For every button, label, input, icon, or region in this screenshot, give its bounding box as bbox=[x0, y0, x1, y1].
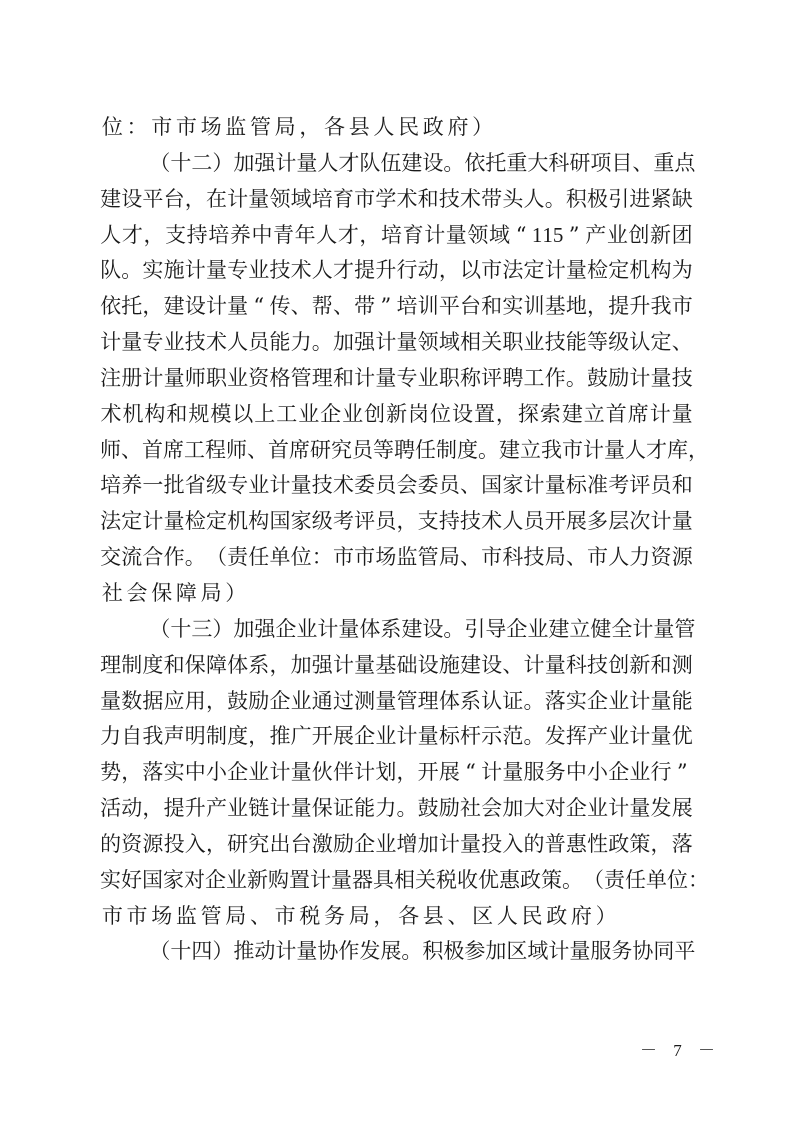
text-line: 师、首席工程师、首席研究员等聘任制度。建立我市计量人才库， bbox=[100, 433, 693, 469]
text-line: 活动，提升产业链计量保证能力。鼓励社会加大对企业计量发展 bbox=[100, 791, 693, 827]
text-line: 势，落实中小企业计量伙伴计划，开展“计量服务中小企业行” bbox=[100, 755, 693, 791]
text-line: 依托，建设计量“传、帮、带”培训平台和实训基地，提升我市 bbox=[100, 289, 693, 325]
text-line: （十四）推动计量协作发展。积极参加区域计量服务协同平 bbox=[100, 934, 693, 970]
text-line: （十二）加强计量人才队伍建设。依托重大科研项目、重点 bbox=[100, 146, 693, 182]
text-line: 社会保障局） bbox=[100, 576, 693, 612]
text-line: 计量专业技术人员能力。加强计量领域相关职业技能等级认定、 bbox=[100, 325, 693, 361]
text-line: 术机构和规模以上工业企业创新岗位设置，探索建立首席计量 bbox=[100, 397, 693, 433]
text-line: 市市场监管局、市税务局，各县、区人民政府） bbox=[100, 899, 693, 935]
page-number: － 7 － bbox=[640, 1036, 721, 1061]
text-line: 理制度和保障体系，加强计量基础设施建设、计量科技创新和测 bbox=[100, 648, 693, 684]
text-line: 法定计量检定机构国家级考评员，支持技术人员开展多层次计量 bbox=[100, 504, 693, 540]
text-line: 实好国家对企业新购置计量器具相关税收优惠政策。（责任单位： bbox=[100, 863, 693, 899]
text-line: 人才，支持培养中青年人才，培育计量领域“115”产业创新团 bbox=[100, 218, 693, 254]
text-line: 培养一批省级专业计量技术委员会委员、国家计量标准考评员和 bbox=[100, 468, 693, 504]
text-line: 交流合作。（责任单位：市市场监管局、市科技局、市人力资源 bbox=[100, 540, 693, 576]
text-line: （十三）加强企业计量体系建设。引导企业建立健全计量管 bbox=[100, 612, 693, 648]
text-line: 队。实施计量专业技术人才提升行动，以市法定计量检定机构为 bbox=[100, 253, 693, 289]
text-line: 位：市市场监管局，各县人民政府） bbox=[100, 110, 693, 146]
text-line: 力自我声明制度，推广开展企业计量标杆示范。发挥产业计量优 bbox=[100, 719, 693, 755]
document-page: 位：市市场监管局，各县人民政府）（十二）加强计量人才队伍建设。依托重大科研项目、… bbox=[100, 110, 693, 970]
text-line: 注册计量师职业资格管理和计量专业职称评聘工作。鼓励计量技 bbox=[100, 361, 693, 397]
text-line: 量数据应用，鼓励企业通过测量管理体系认证。落实企业计量能 bbox=[100, 684, 693, 720]
text-line: 建设平台，在计量领域培育市学术和技术带头人。积极引进紧缺 bbox=[100, 182, 693, 218]
text-line: 的资源投入，研究出台激励企业增加计量投入的普惠性政策，落 bbox=[100, 827, 693, 863]
